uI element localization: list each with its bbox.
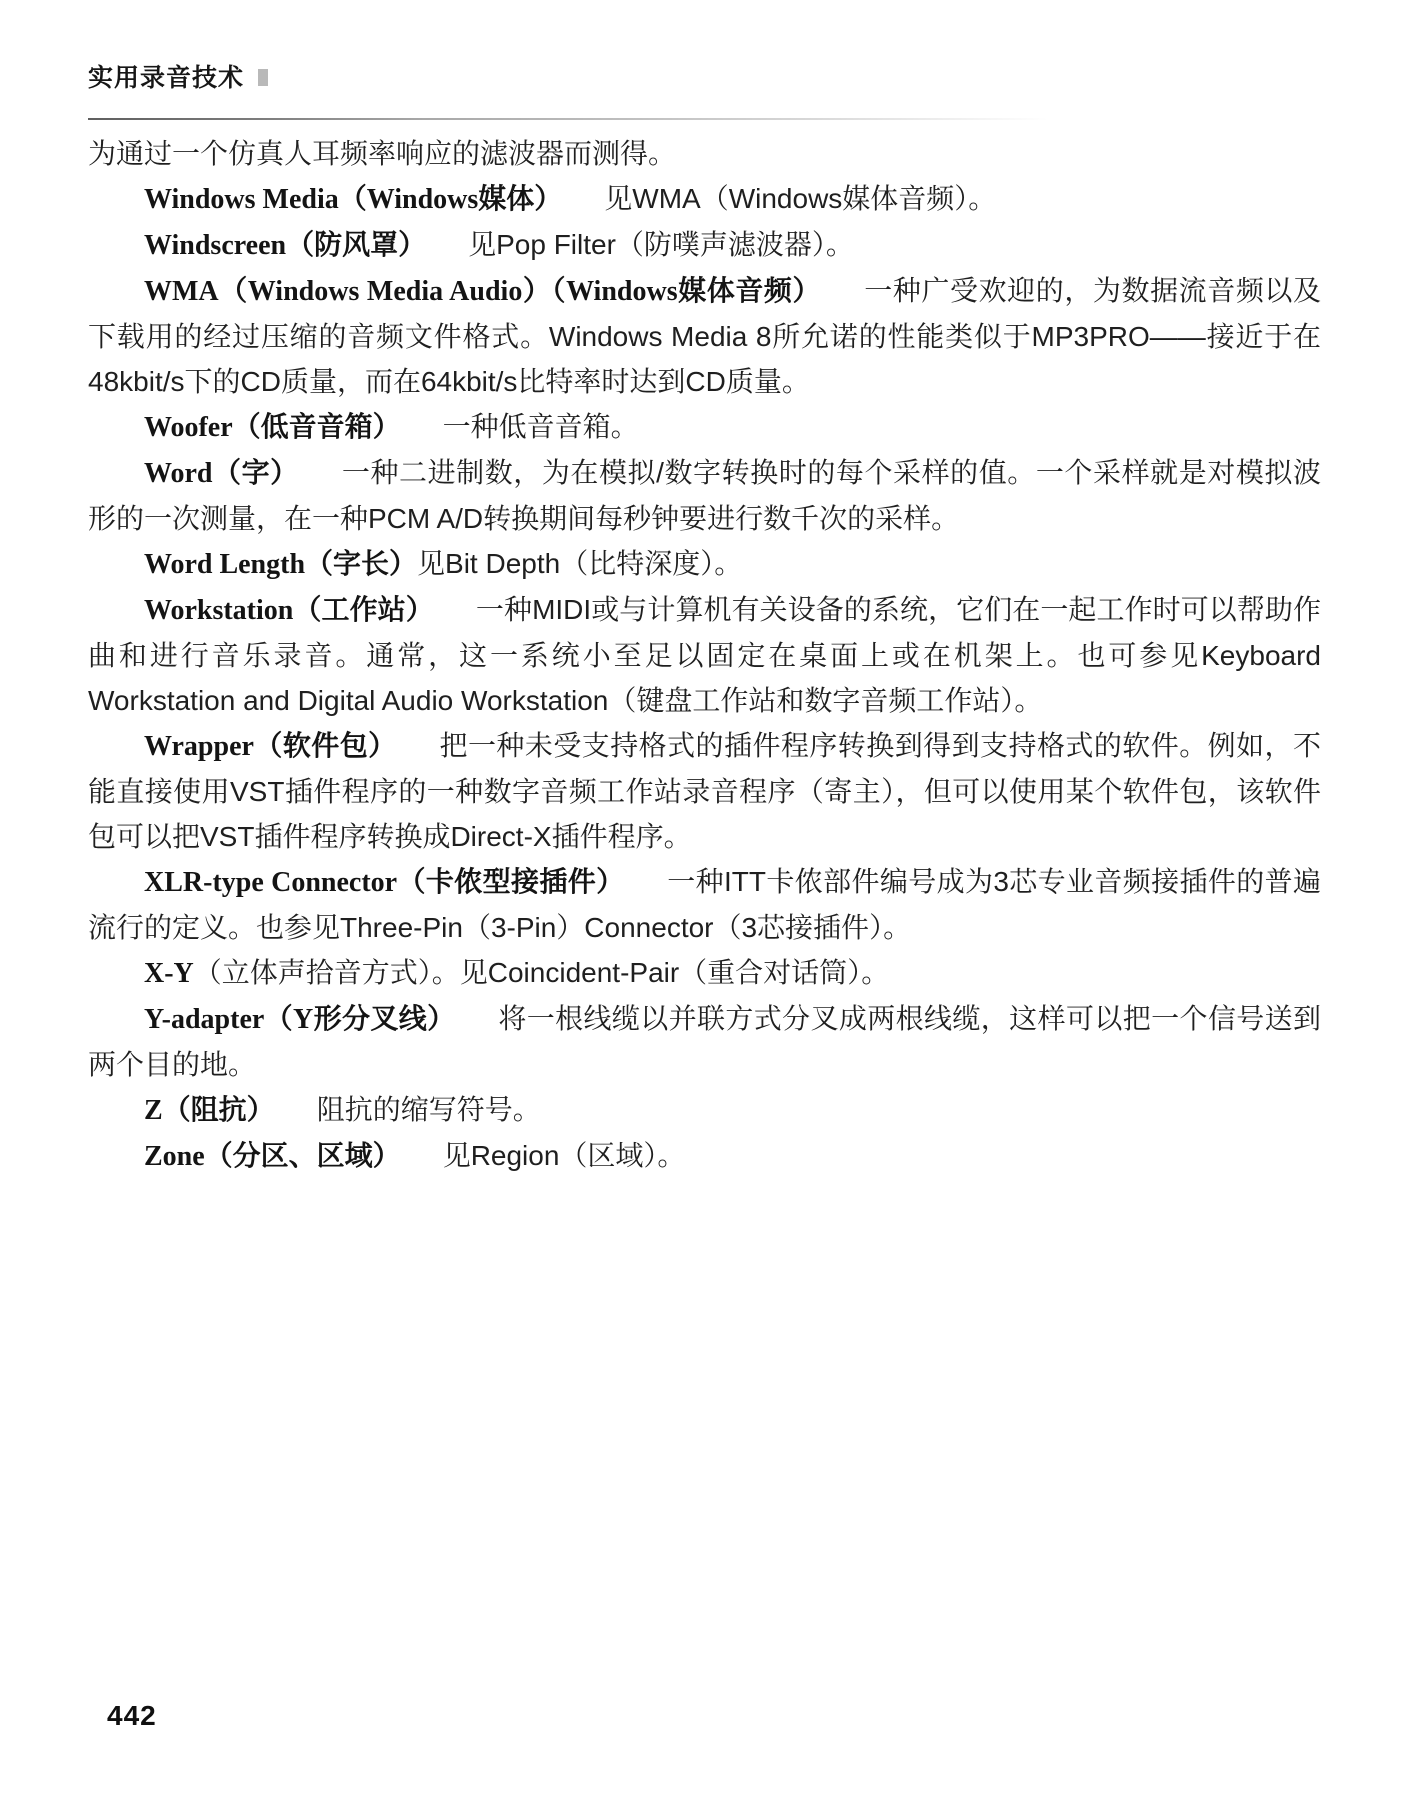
glossary-term: Z（阻抗）	[144, 1095, 261, 1126]
page-number: 442	[107, 1700, 157, 1732]
glossary-entry-zone: Zone（分区、区域） 见Region（区域）。	[88, 1133, 1321, 1179]
glossary-term: Woofer（低音音箱）	[144, 412, 387, 443]
glossary-entry-wrapper: Wrapper（软件包） 把一种未受支持格式的插件程序转换到得到支持格式的软件。…	[88, 723, 1321, 859]
glossary-definition: 见Region（区域）。	[387, 1140, 686, 1171]
glossary-term: Zone（分区、区域）	[144, 1141, 387, 1172]
glossary-term: XLR-type Connector（卡侬型接插件）	[144, 867, 610, 898]
glossary-definition: 阻抗的缩写符号。	[261, 1094, 541, 1125]
glossary-entry-word: Word（字） 一种二进制数，为在模拟/数字转换时的每个采样的值。一个采样就是对…	[88, 450, 1321, 541]
glossary-term: X-Y	[144, 958, 194, 989]
glossary-entry-wma: WMA（Windows Media Audio）（Windows媒体音频） 一种…	[88, 268, 1321, 404]
glossary-definition: （立体声拾音方式）。见Coincident-Pair（重合对话筒）。	[194, 957, 889, 988]
header-divider	[88, 118, 1048, 120]
glossary-entry-xlr-connector: XLR-type Connector（卡侬型接插件） 一种ITT卡侬部件编号成为…	[88, 859, 1321, 950]
glossary-term: WMA（Windows Media Audio）（Windows媒体音频）	[144, 276, 807, 307]
glossary-term: Workstation（工作站）	[144, 595, 420, 626]
glossary-definition: 见Bit Depth（比特深度）。	[417, 548, 742, 579]
glossary-definition: 见WMA（Windows媒体音频）。	[548, 183, 996, 214]
glossary-term: Y-adapter（Y形分叉线）	[144, 1004, 442, 1035]
glossary-entry-workstation: Workstation（工作站） 一种MIDI或与计算机有关设备的系统，它们在一…	[88, 587, 1321, 723]
glossary-term: Word（字）	[144, 458, 285, 489]
glossary-entry-woofer: Woofer（低音音箱） 一种低音音箱。	[88, 404, 1321, 450]
glossary-definition: 一种低音音箱。	[387, 411, 639, 442]
glossary-entry-windows-media: Windows Media（Windows媒体） 见WMA（Windows媒体音…	[88, 176, 1321, 222]
glossary-term: Windows Media（Windows媒体）	[144, 184, 548, 215]
book-title: 实用录音技术	[88, 58, 244, 94]
book-page: 实用录音技术 为通过一个仿真人耳频率响应的滤波器而测得。 Windows Med…	[0, 0, 1413, 1810]
glossary-definition: 见Pop Filter（防噗声滤波器）。	[412, 229, 854, 260]
glossary-term: Wrapper（软件包）	[144, 731, 383, 762]
glossary-entry-z: Z（阻抗） 阻抗的缩写符号。	[88, 1087, 1321, 1133]
glossary-term: Word Length（字长）	[144, 549, 417, 580]
glossary-entry-word-length: Word Length（字长）见Bit Depth（比特深度）。	[88, 541, 1321, 587]
square-bullet-icon	[258, 69, 268, 86]
glossary-text-block: 为通过一个仿真人耳频率响应的滤波器而测得。 Windows Media（Wind…	[88, 131, 1321, 1179]
running-header: 实用录音技术	[88, 58, 268, 94]
glossary-entry-x-y: X-Y（立体声拾音方式）。见Coincident-Pair（重合对话筒）。	[88, 950, 1321, 996]
glossary-continuation-line: 为通过一个仿真人耳频率响应的滤波器而测得。	[88, 131, 1321, 176]
glossary-entry-y-adapter: Y-adapter（Y形分叉线） 将一根线缆以并联方式分叉成两根线缆，这样可以把…	[88, 996, 1321, 1087]
glossary-term: Windscreen（防风罩）	[144, 230, 412, 261]
glossary-entry-windscreen: Windscreen（防风罩） 见Pop Filter（防噗声滤波器）。	[88, 222, 1321, 268]
